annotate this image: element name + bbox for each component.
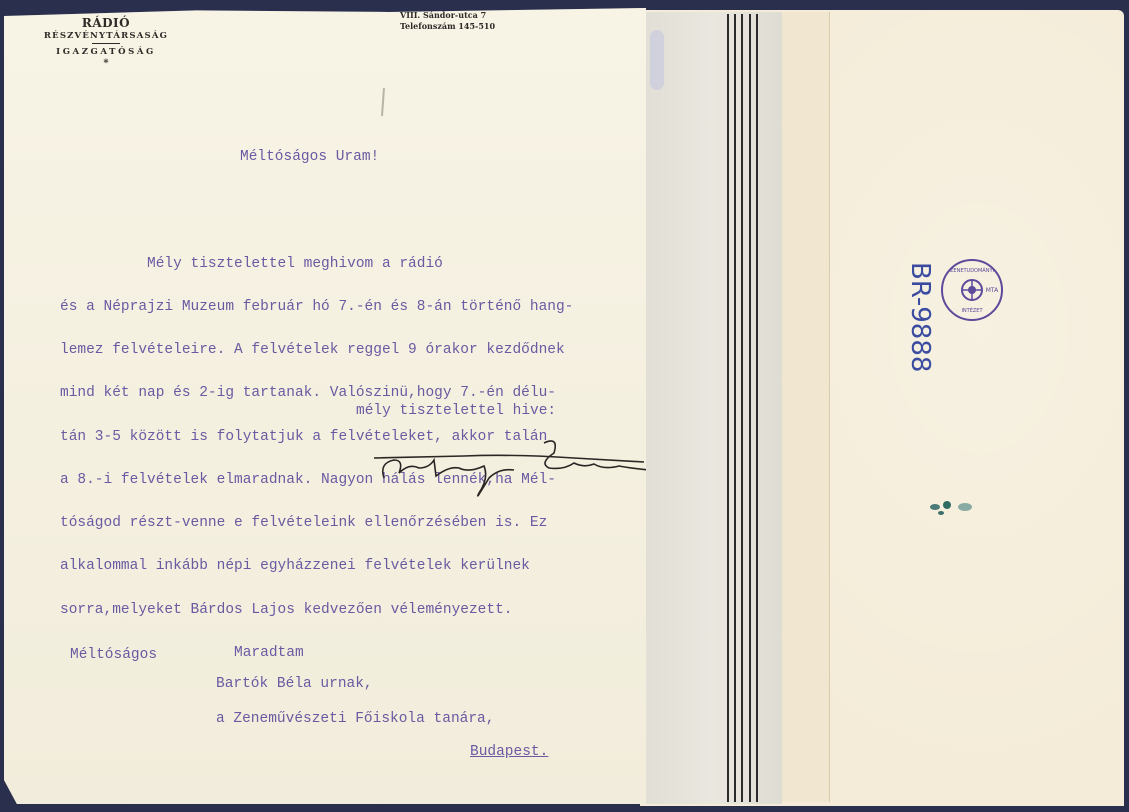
- addressee-city: Budapest.: [470, 745, 548, 759]
- letterhead-contact: VIII. Sándor-utca 7 Telefonszám 145-510: [400, 10, 495, 32]
- svg-text:INTÉZET: INTÉZET: [961, 306, 983, 314]
- letterhead-address: VIII. Sándor-utca 7: [400, 10, 495, 21]
- letterhead-phone: Telefonszám 145-510: [400, 21, 495, 32]
- salutation: Méltóságos Uram!: [240, 150, 379, 164]
- blue-tint-mark: [650, 30, 664, 90]
- addressee-title: a Zeneművészeti Főiskola tanára,: [216, 712, 494, 726]
- star-icon: *: [36, 58, 176, 69]
- letter-sheet: RÁDIÓ RÉSZVÉNYTÁRSASÁG IGAZGATÓSÁG * VII…: [4, 8, 646, 804]
- institute-stamp-icon: ZENETUDOMÁNYI MTA INTÉZET: [940, 258, 1004, 322]
- ruled-line: [756, 14, 758, 802]
- ruled-line: [734, 14, 736, 802]
- letterhead-title: RÁDIÓ: [36, 16, 176, 30]
- addressee-name: Bartók Béla urnak,: [216, 677, 373, 691]
- body-line: és a Néprajzi Muzeum február hó 7.-én és…: [60, 300, 573, 314]
- body-line: tóságod részt-venne e felvételeink ellen…: [60, 516, 573, 530]
- ruled-line: [727, 14, 729, 802]
- letterhead-divider: [92, 43, 120, 44]
- cream-paper-strip: [780, 12, 830, 802]
- body-line: sorra,melyeket Bárdos Lajos kedvezően vé…: [60, 603, 573, 617]
- pencil-mark: [381, 88, 385, 116]
- body-line: Mély tisztelettel meghivom a rádió: [60, 257, 573, 271]
- body-line: alkalommal inkább népi egyházzenei felvé…: [60, 559, 573, 573]
- body-line: lemez felvételeire. A felvételek reggel …: [60, 343, 573, 357]
- ruled-line: [741, 14, 743, 802]
- letterhead-subtitle: RÉSZVÉNYTÁRSASÁG: [36, 31, 176, 41]
- letterhead-department: IGAZGATÓSÁG: [36, 47, 176, 57]
- ink-spots: [925, 495, 995, 520]
- archive-number: BR-9888: [905, 262, 935, 372]
- closing: mély tisztelettel hive:: [356, 404, 556, 418]
- svg-text:MTA: MTA: [986, 287, 999, 294]
- letterhead-organization: RÁDIÓ RÉSZVÉNYTÁRSASÁG IGAZGATÓSÁG *: [36, 16, 176, 69]
- handwritten-signature-icon: [374, 438, 654, 508]
- svg-text:ZENETUDOMÁNYI: ZENETUDOMÁNYI: [950, 267, 994, 274]
- ruled-line: [749, 14, 751, 802]
- addressee-honorific: Méltóságos: [70, 648, 157, 662]
- body-line: mind két nap és 2-ig tartanak. Valószinü…: [60, 386, 573, 400]
- grey-onionskin-sheet: [646, 12, 782, 804]
